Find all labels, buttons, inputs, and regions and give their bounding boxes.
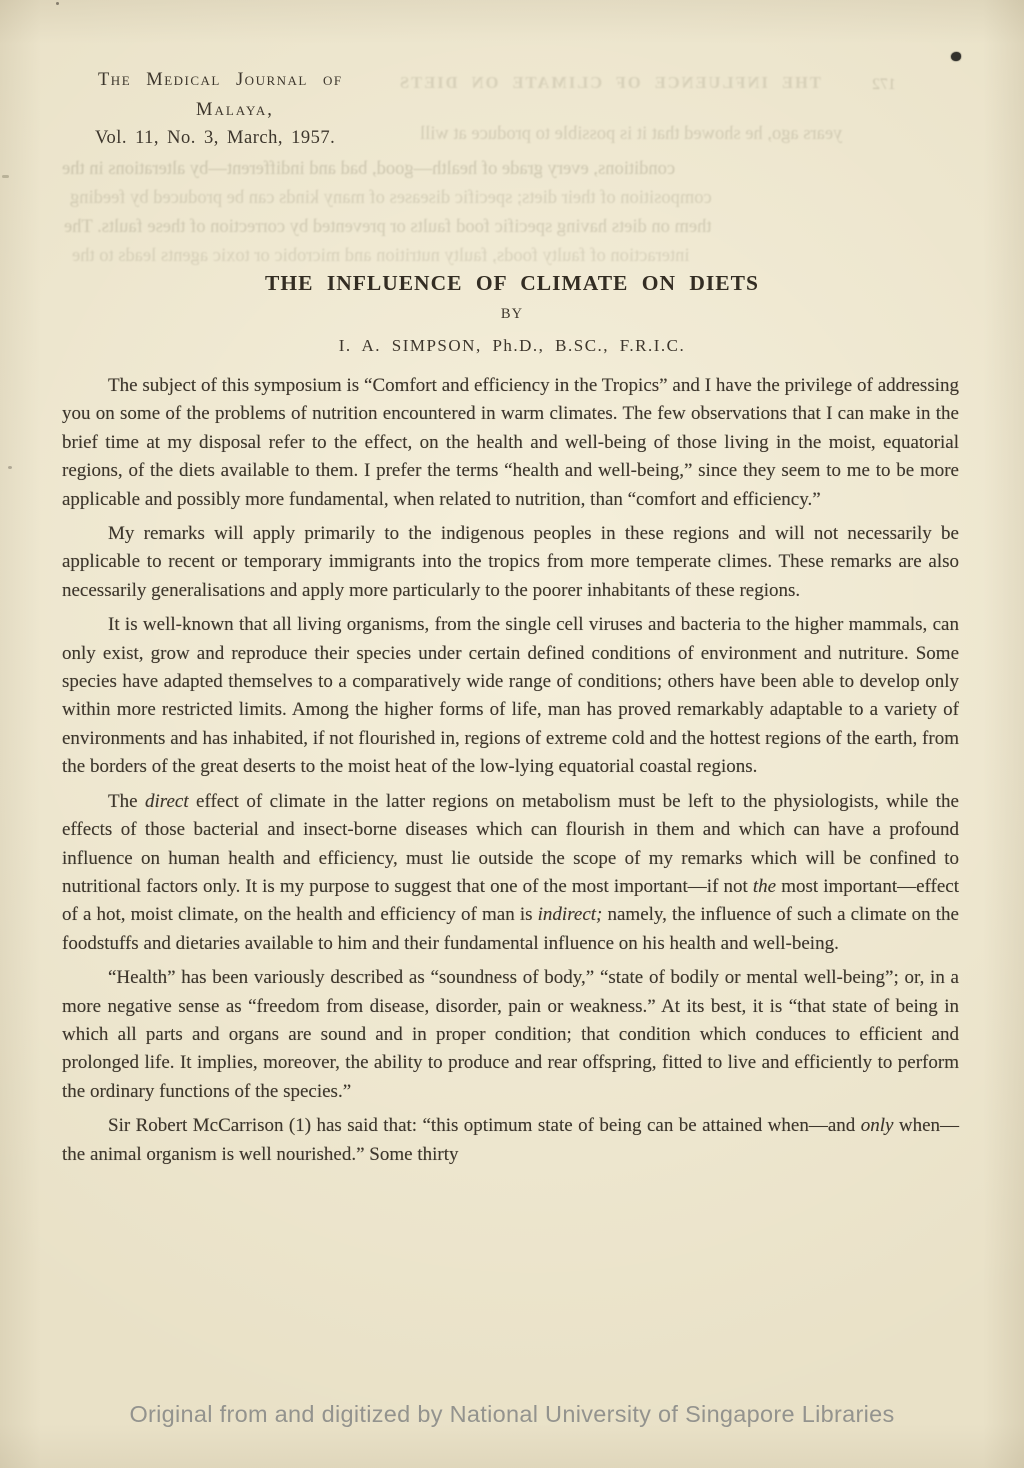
paper-speck (8, 466, 12, 469)
bleedthrough-text: THE INFLUENCE OF CLIMATE ON DIETS (398, 73, 821, 93)
bleedthrough-text: composition of their diets; specific dis… (70, 188, 712, 209)
scanned-journal-page: 172THE INFLUENCE OF CLIMATE ON DIETSyear… (0, 0, 1024, 1468)
bleedthrough-text: 172 (872, 76, 896, 94)
paragraph: My remarks will apply primarily to the i… (62, 520, 959, 605)
byline: BY (0, 306, 1024, 323)
paper-speck (56, 2, 59, 5)
article-body: The subject of this symposium is “Comfor… (62, 372, 959, 1175)
paragraph: The subject of this symposium is “Comfor… (62, 372, 959, 514)
ink-spot (951, 52, 961, 61)
journal-name-line2: Malaya, (196, 100, 274, 121)
digitization-watermark: Original from and digitized by National … (0, 1401, 1024, 1428)
body-text: The subject of this symposium is “Comfor… (62, 375, 959, 510)
journal-name-line1: The Medical Journal of (98, 70, 343, 91)
italic-text: the (753, 876, 776, 897)
paragraph: The direct effect of climate in the latt… (62, 788, 959, 958)
body-text: It is well-known that all living organis… (62, 614, 959, 777)
paragraph: It is well-known that all living organis… (62, 611, 959, 781)
journal-volume-line: Vol. 11, No. 3, March, 1957. (95, 128, 335, 149)
italic-text: indirect; (538, 904, 603, 925)
article-title: THE INFLUENCE OF CLIMATE ON DIETS (0, 271, 1024, 296)
body-text: The (108, 791, 145, 812)
paper-speck (2, 175, 9, 178)
paragraph: “Health” has been variously described as… (62, 964, 959, 1106)
bleedthrough-text: conditions, every grade of health—good, … (62, 159, 675, 180)
body-text: Sir Robert McCarrison (1) has said that:… (108, 1115, 861, 1136)
body-text: My remarks will apply primarily to the i… (62, 523, 959, 601)
italic-text: only (861, 1115, 894, 1136)
bleedthrough-text: them on diets having specific food fault… (64, 217, 711, 238)
author-line: I. A. SIMPSON, Ph.D., B.SC., F.R.I.C. (0, 336, 1024, 356)
paragraph: Sir Robert McCarrison (1) has said that:… (62, 1112, 959, 1169)
body-text: “Health” has been variously described as… (62, 967, 959, 1102)
italic-text: direct (145, 791, 189, 812)
bleedthrough-text: years ago, he showed that it is possible… (420, 124, 842, 145)
bleedthrough-text: interaction of faulty foods, faulty nutr… (72, 246, 690, 267)
